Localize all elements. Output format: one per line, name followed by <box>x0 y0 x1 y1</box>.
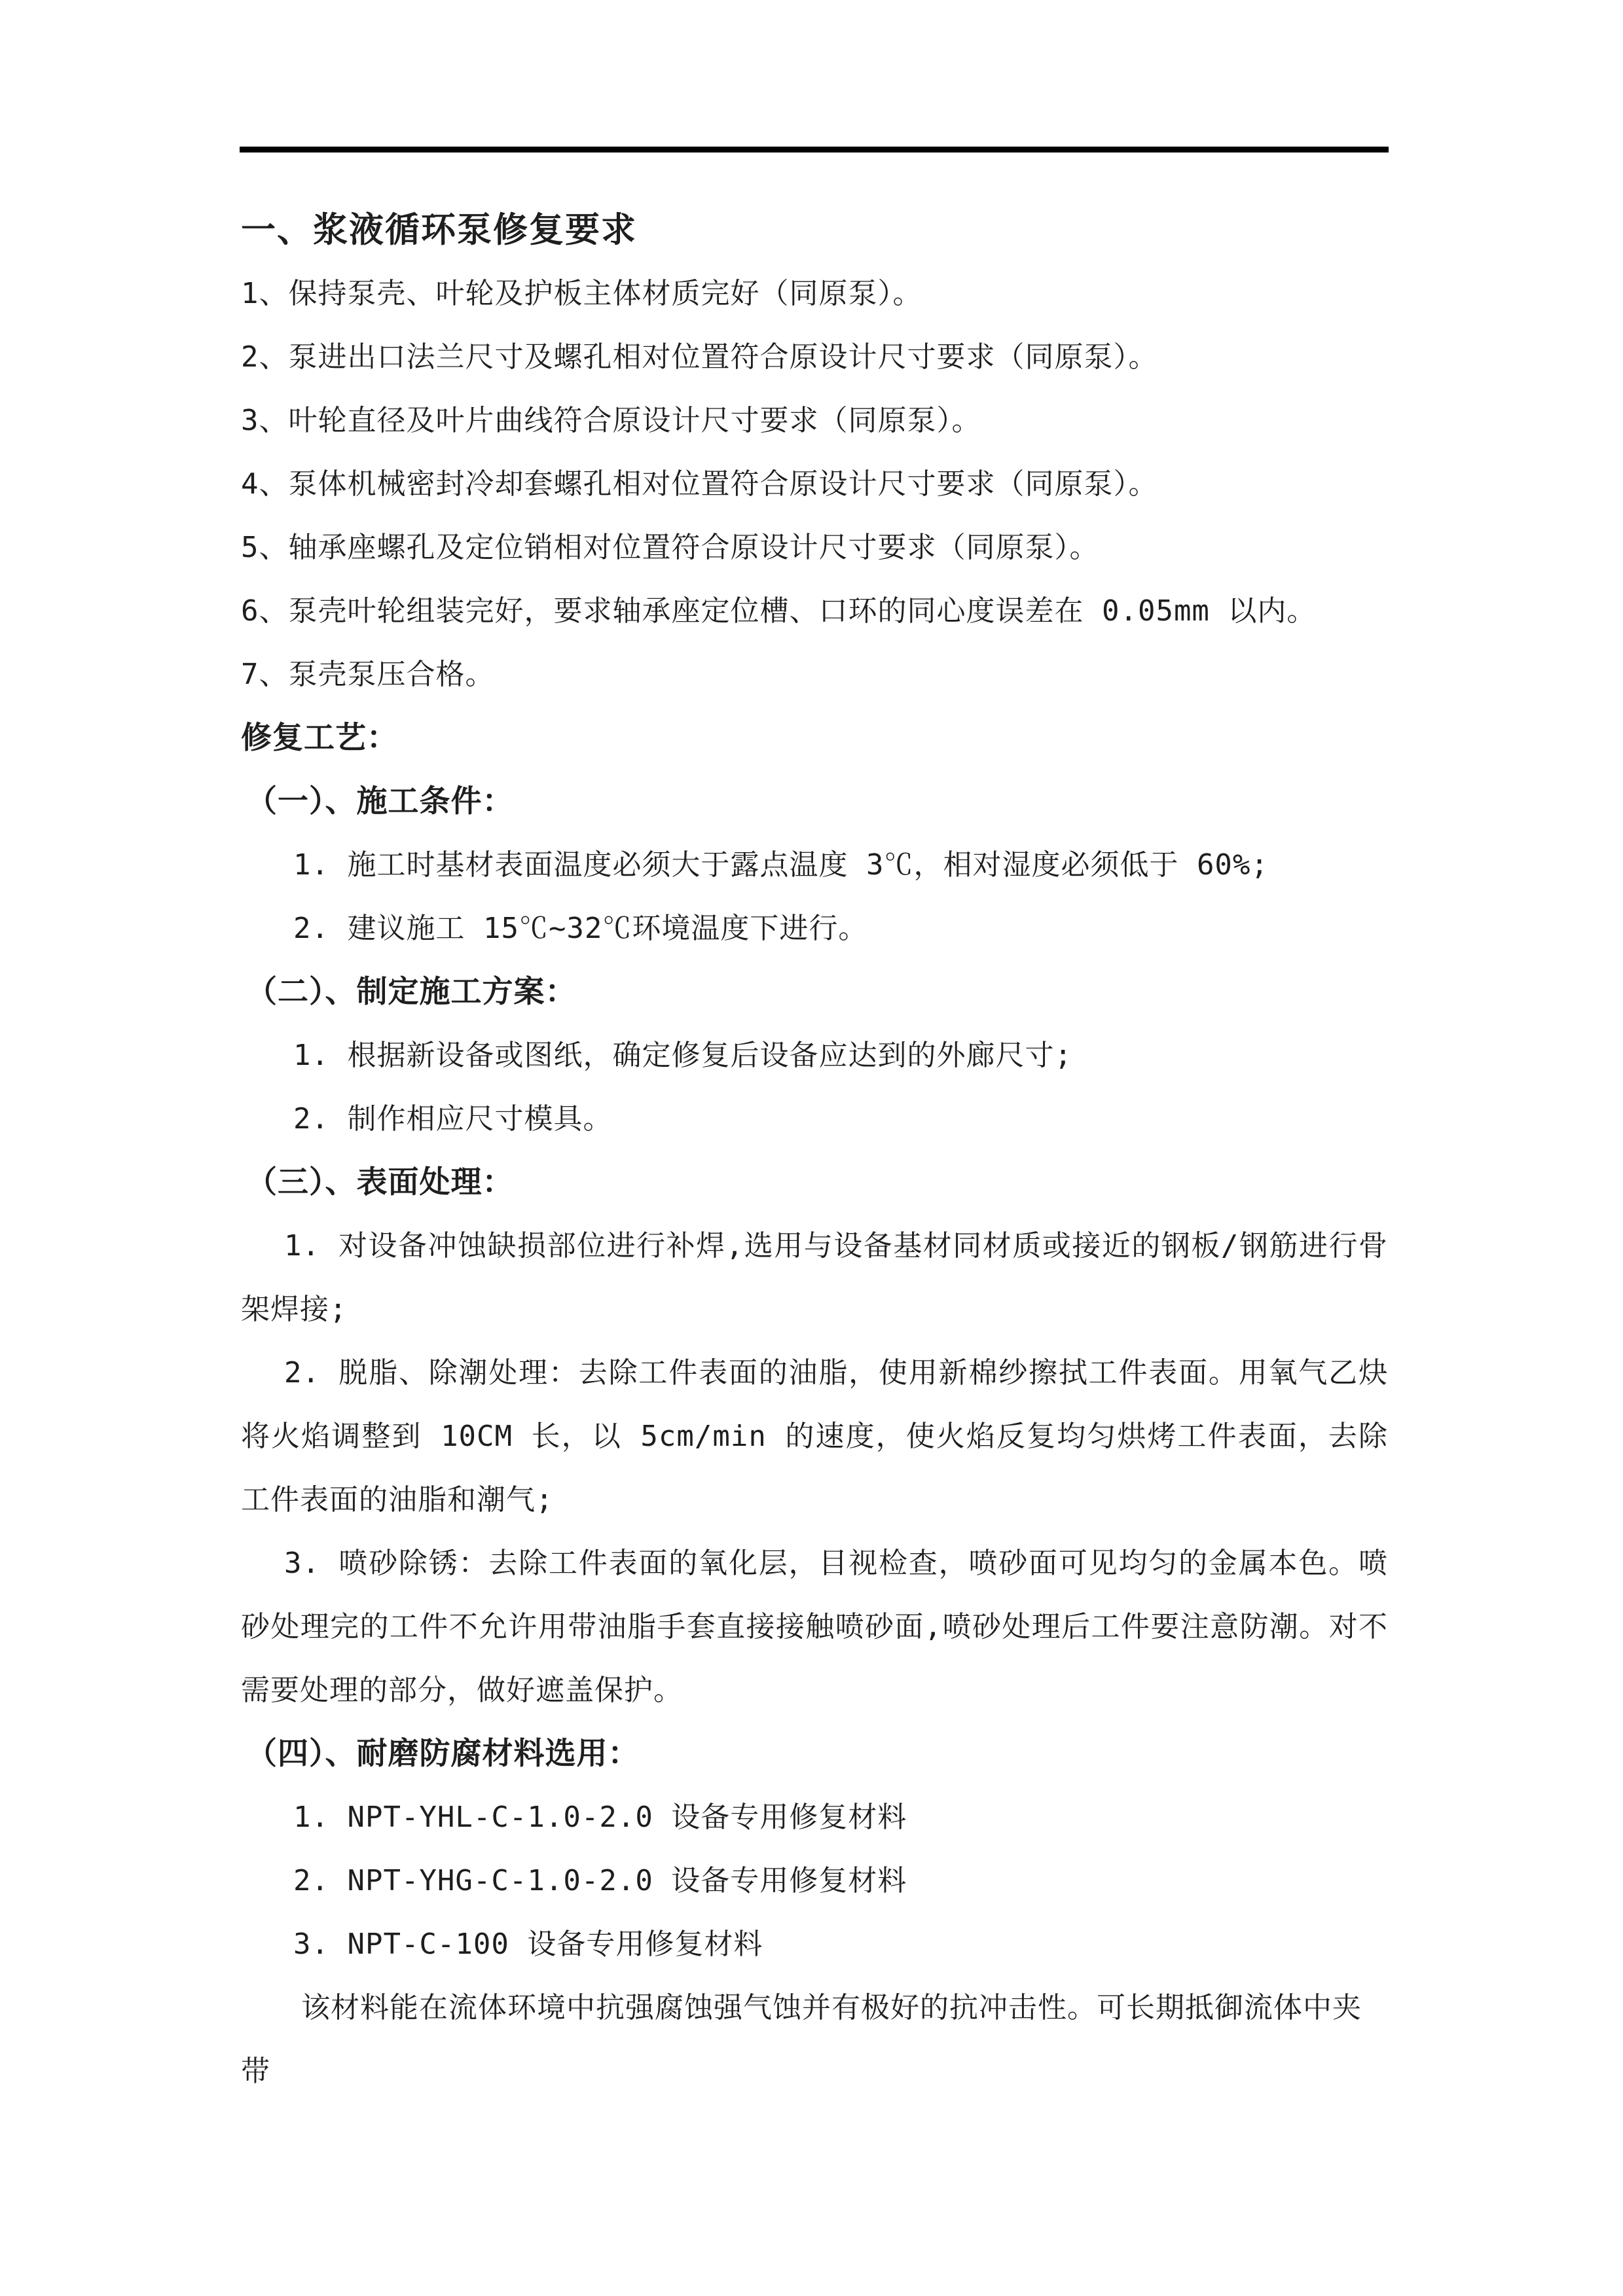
paragraph-line: 6、泵壳叶轮组装完好，要求轴承座定位槽、口环的同心度误差在 0.05mm 以内。 <box>241 579 1388 643</box>
paragraph-line: 5、轴承座螺孔及定位销相对位置符合原设计尺寸要求（同原泵）。 <box>241 516 1388 579</box>
section-heading: （二）、制定施工方案： <box>241 960 1388 1024</box>
paragraph-line: 4、泵体机械密封冷却套螺孔相对位置符合原设计尺寸要求（同原泵）。 <box>241 452 1388 516</box>
paragraph-line: 7、泵壳泵压合格。 <box>241 643 1388 706</box>
header-rule <box>240 147 1389 152</box>
paragraph-line: 该材料能在流体环境中抗强腐蚀强气蚀并有极好的抗冲击性。可长期抵御流体中夹带 <box>241 1976 1388 2103</box>
paragraph-line: 2. 建议施工 15℃~32℃环境温度下进行。 <box>241 897 1388 960</box>
paragraph-line: 1. 施工时基材表面温度必须大于露点温度 3℃，相对湿度必须低于 60%; <box>241 833 1388 897</box>
paragraph-line: 2. NPT-YHG-C-1.0-2.0 设备专用修复材料 <box>241 1849 1388 1912</box>
section-heading: （一）、施工条件： <box>241 770 1388 833</box>
paragraph-line: 2. 脱脂、除潮处理：去除工件表面的油脂，使用新棉纱擦拭工件表面。用氧气乙炔将火… <box>241 1341 1388 1532</box>
paragraph-line: 1. 对设备冲蚀缺损部位进行补焊,选用与设备基材同材质或接近的钢板/钢筋进行骨架… <box>241 1214 1388 1341</box>
paragraph-line: 3、叶轮直径及叶片曲线符合原设计尺寸要求（同原泵）。 <box>241 389 1388 452</box>
section-heading: （三）、表面处理： <box>241 1151 1388 1214</box>
paragraph-line: 2. 制作相应尺寸模具。 <box>241 1087 1388 1151</box>
paragraph-line: 1、保持泵壳、叶轮及护板主体材质完好（同原泵）。 <box>241 262 1388 325</box>
document-body: 一、浆液循环泵修复要求1、保持泵壳、叶轮及护板主体材质完好（同原泵）。2、泵进出… <box>241 198 1388 2103</box>
paragraph-line: 1. 根据新设备或图纸，确定修复后设备应达到的外廊尺寸; <box>241 1024 1388 1087</box>
document-title: 一、浆液循环泵修复要求 <box>241 198 1388 262</box>
section-heading: （四）、耐磨防腐材料选用： <box>241 1722 1388 1785</box>
document-page: 一、浆液循环泵修复要求1、保持泵壳、叶轮及护板主体材质完好（同原泵）。2、泵进出… <box>0 0 1623 2296</box>
paragraph-line: 1. NPT-YHL-C-1.0-2.0 设备专用修复材料 <box>241 1785 1388 1849</box>
paragraph-line: 3. NPT-C-100 设备专用修复材料 <box>241 1912 1388 1976</box>
section-heading: 修复工艺： <box>241 706 1388 770</box>
paragraph-line: 2、泵进出口法兰尺寸及螺孔相对位置符合原设计尺寸要求（同原泵）。 <box>241 325 1388 389</box>
paragraph-line: 3. 喷砂除锈：去除工件表面的氧化层，目视检查，喷砂面可见均匀的金属本色。喷砂处… <box>241 1532 1388 1722</box>
